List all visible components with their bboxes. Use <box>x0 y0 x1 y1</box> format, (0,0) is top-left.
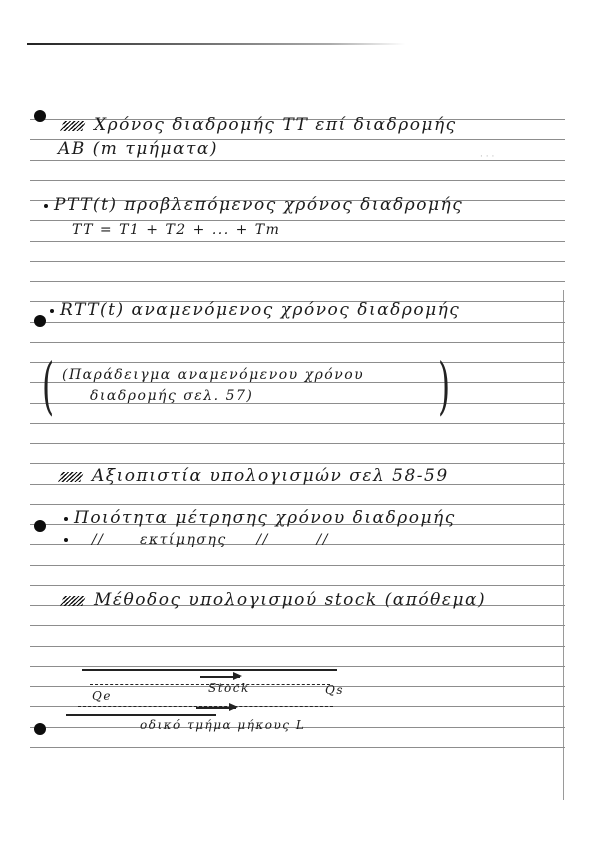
ruled-line <box>30 220 565 221</box>
ruled-line <box>30 362 565 363</box>
ptt-text: PTT(t) προβλεπόμενος χρόνος διαδρομής <box>54 195 463 215</box>
ruled-line <box>30 261 565 262</box>
open-paren-icon: ( <box>42 355 54 417</box>
smudge: · · · <box>480 152 494 162</box>
ruled-line <box>30 585 565 586</box>
road-bottom-edge <box>66 714 216 716</box>
diagram-caption: οδικό τμήμα μήκους L <box>140 718 305 732</box>
quality-estimate-text: // εκτίμησης // // <box>74 532 329 548</box>
heading-text: Μέθοδος υπολογισμού stock (απόθεμα) <box>94 590 486 610</box>
heading-reliability: Αξιοπιστία υπολογισμών σελ 58-59 <box>60 466 449 486</box>
punch-hole <box>34 520 46 532</box>
quality-measure-line: Ποιότητα μέτρησης χρόνου διαδρομής <box>64 508 456 528</box>
bullet-icon <box>64 517 68 521</box>
stock-label: Stock <box>208 681 250 695</box>
ruled-line <box>30 565 565 566</box>
ruled-line <box>30 281 565 282</box>
tt-formula: TT = T1 + T2 + ... + Tm <box>72 222 280 238</box>
heading-stock-method: Μέθοδος υπολογισμού stock (απόθεμα) <box>62 590 486 610</box>
heading-text: Αξιοπιστία υπολογισμών σελ 58-59 <box>92 466 449 486</box>
hatch-mark-icon <box>60 596 86 606</box>
quality-estimate-line: // εκτίμησης // // <box>64 532 329 548</box>
ruled-line <box>30 342 565 343</box>
punch-hole <box>34 723 46 735</box>
bullet-icon <box>50 309 54 313</box>
ruled-line <box>30 666 565 667</box>
ruled-line <box>30 180 565 181</box>
ruled-line <box>30 241 565 242</box>
punch-hole <box>34 110 46 122</box>
ruled-line <box>30 686 565 687</box>
inflow-label: Qe <box>92 689 112 703</box>
ruled-line <box>30 322 565 323</box>
ptt-line: PTT(t) προβλεπόμενος χρόνος διαδρομής <box>44 195 463 215</box>
ruled-line <box>30 463 565 464</box>
ruled-line <box>30 423 565 424</box>
flow-arrow-icon <box>200 676 240 678</box>
ruled-line <box>30 646 565 647</box>
heading-travel-time: Χρόνος διαδρομής TT επί διαδρομής <box>62 115 457 135</box>
close-paren-icon: ) <box>438 355 450 417</box>
bullet-icon <box>64 538 68 542</box>
ruled-line <box>30 504 565 505</box>
example-line-1: (Παράδειγμα αναμενόμενου χρόνου <box>62 367 364 383</box>
road-top-edge <box>82 669 337 671</box>
notebook-page: Χρόνος διαδρομής TT επί διαδρομής AB (m … <box>0 0 595 842</box>
heading-continuation: AB (m τμήματα) <box>58 139 218 159</box>
top-rule <box>27 43 405 45</box>
right-margin-line <box>563 290 564 800</box>
ruled-line <box>30 443 565 444</box>
quality-measure-text: Ποιότητα μέτρησης χρόνου διαδρομής <box>74 508 456 528</box>
hatch-mark-icon <box>58 472 84 482</box>
example-line-2: διαδρομής σελ. 57) <box>90 388 253 404</box>
hatch-mark-icon <box>60 121 86 131</box>
rtt-line: RTT(t) αναμενόμενος χρόνος διαδρομής <box>50 300 460 320</box>
ruled-line <box>30 747 565 748</box>
outflow-label: Qs <box>325 683 344 697</box>
bullet-icon <box>44 204 48 208</box>
punch-hole <box>34 315 46 327</box>
ruled-line <box>30 625 565 626</box>
heading-text: Χρόνος διαδρομής TT επί διαδρομής <box>94 115 457 135</box>
rtt-text: RTT(t) αναμενόμενος χρόνος διαδρομής <box>60 300 460 320</box>
flow-arrow-icon <box>196 707 236 709</box>
